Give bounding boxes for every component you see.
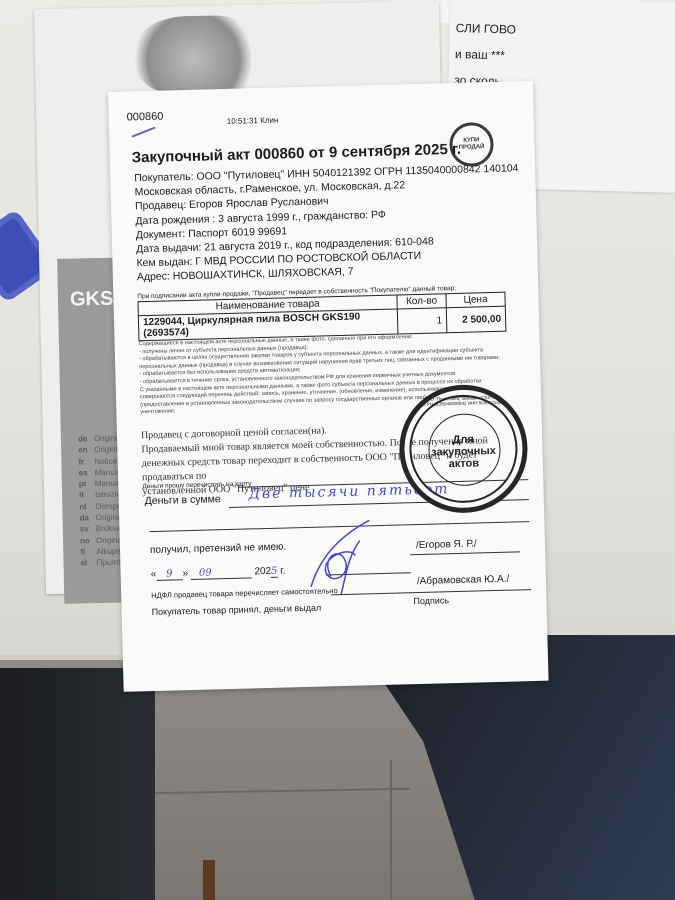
floor-tile-seam (390, 760, 392, 900)
language-code: es (79, 467, 95, 479)
date-year-prefix: 202 (254, 566, 271, 577)
wooden-stick (203, 860, 215, 900)
item-price: 2 500,00 (446, 306, 506, 333)
language-code: en (78, 444, 94, 456)
language-code: sv (80, 523, 96, 535)
seller-signature-name: /Егоров Я. Р./ (416, 539, 477, 552)
signature-label: Подпись (413, 595, 449, 606)
sum-label: Деньги в сумме (145, 493, 221, 507)
saw-illustration (134, 14, 266, 97)
language-code: fi (80, 546, 96, 558)
language-code: da (79, 512, 95, 524)
paper-text-line: СЛИ ГОВО (456, 21, 517, 37)
handwritten-signature (299, 515, 381, 597)
party-details: Покупатель: ООО "Путиловец" ИНН 50401213… (134, 161, 521, 285)
language-code: no (80, 535, 96, 547)
date-day: 9 (156, 568, 183, 581)
jeans-left-leg (0, 668, 155, 900)
language-code: el (80, 557, 96, 569)
language-code: nl (79, 501, 95, 513)
pen-mark (132, 127, 156, 138)
signing-date: «9» 09 2025 г. (151, 566, 286, 581)
language-code: it (79, 490, 95, 502)
stamp-ring-text: ООО "Путиловец" магазин "СКУПКА" ОГРН 11… (403, 394, 521, 407)
date-suffix: г. (280, 566, 286, 577)
item-qty: 1 (397, 308, 447, 334)
buyer-signature-name: /Абрамовская Ю.А./ (417, 574, 510, 587)
act-number: 000860 (127, 111, 164, 124)
stamp-center-text: Для закупочных актов (404, 432, 523, 471)
date-month: 09 (191, 566, 252, 580)
language-code: de (78, 433, 94, 445)
language-code: fr (78, 456, 94, 468)
stamp-line: актов (405, 456, 523, 471)
buyer-acceptance: Покупатель товар принял, деньги выдал (151, 603, 321, 617)
time-location: 10:51:31 Клин (227, 116, 279, 126)
column-header-qty: Кол-во (397, 294, 446, 309)
column-header-price: Цена (446, 292, 505, 308)
date-year-suffix: 5 (271, 566, 278, 578)
underline (410, 551, 520, 555)
received-statement: получил, претензий не имею. (150, 541, 286, 556)
language-code: pt (79, 478, 95, 490)
paper-text-line: и ваш *** (455, 47, 505, 62)
purchase-act-document: 000860 10:51:31 Клин КУПИ ПРОДАЙ Закупоч… (108, 81, 549, 692)
document-title: Закупочный акт 000860 от 9 сентября 2025… (132, 141, 462, 167)
